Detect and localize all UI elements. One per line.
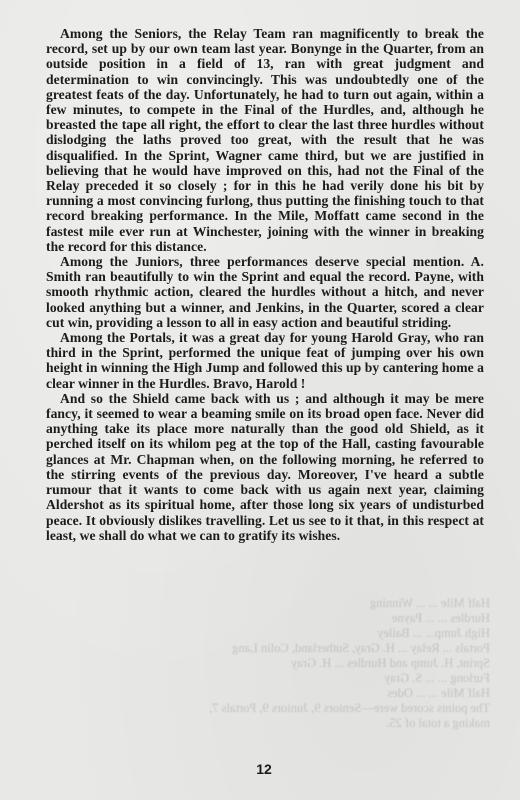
bleed-through-text: Half Mile ... ... Winning Hurdles ... ..… bbox=[50, 596, 490, 731]
paragraph-juniors: Among the Juniors, three performances de… bbox=[46, 254, 484, 330]
page-number: 12 bbox=[0, 761, 520, 777]
paragraph-portals: Among the Portals, it was a great day fo… bbox=[46, 330, 484, 391]
document-page: Half Mile ... ... Winning Hurdles ... ..… bbox=[0, 0, 520, 800]
article-body: Among the Seniors, the Relay Team ran ma… bbox=[46, 26, 484, 543]
paragraph-shield: And so the Shield came back with us ; an… bbox=[46, 391, 484, 543]
paragraph-seniors: Among the Seniors, the Relay Team ran ma… bbox=[46, 26, 484, 254]
